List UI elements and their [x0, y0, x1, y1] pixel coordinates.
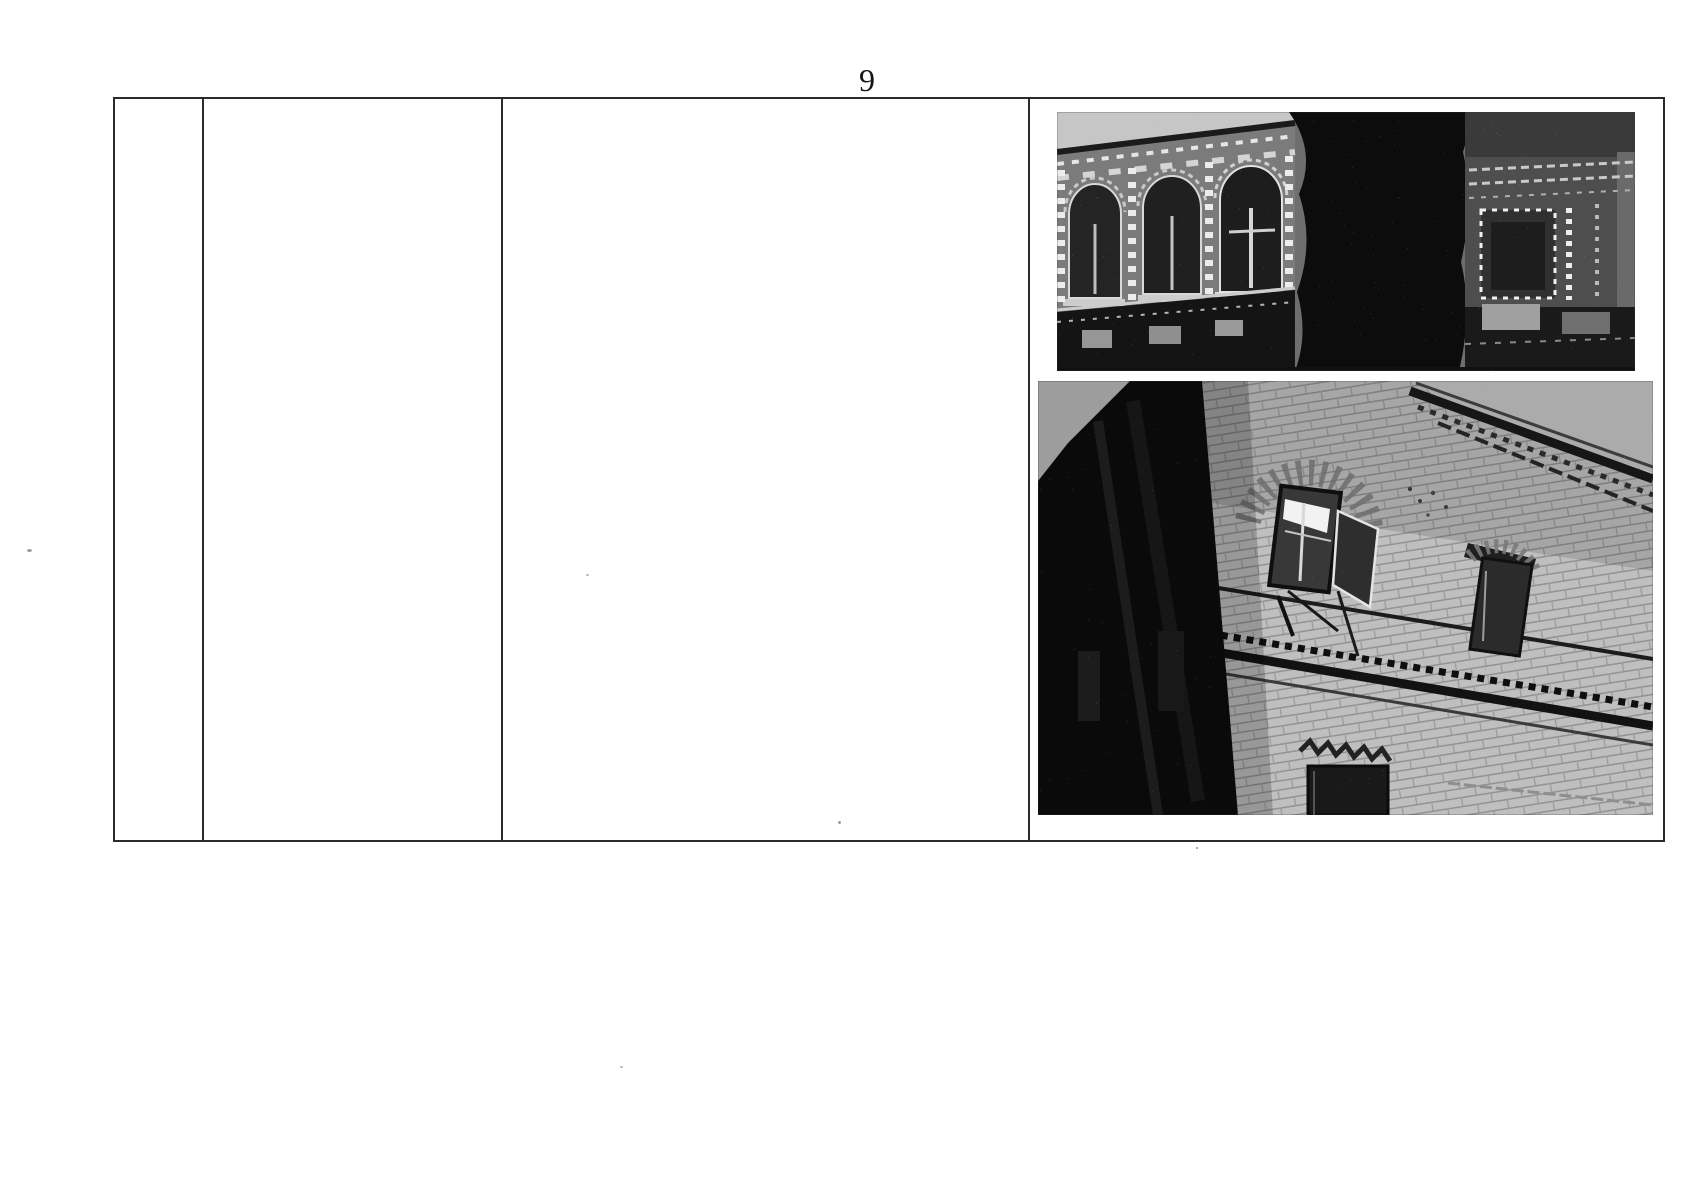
scan-speck — [620, 1066, 623, 1068]
document-table — [113, 97, 1665, 842]
building-facade-photo — [1057, 112, 1635, 371]
scan-speck — [27, 549, 32, 552]
table-cell-2 — [204, 99, 501, 840]
table-cell-1 — [115, 99, 202, 840]
table-cell-3 — [503, 99, 1028, 840]
building-corner-photo — [1038, 381, 1653, 815]
scan-speck — [838, 821, 841, 824]
column-divider-1 — [202, 99, 204, 840]
column-divider-3 — [1028, 99, 1030, 840]
scan-speck — [586, 574, 589, 576]
document-page: 9 — [0, 0, 1697, 1200]
column-divider-2 — [501, 99, 503, 840]
page-number: 9 — [817, 64, 917, 96]
scan-speck — [1196, 847, 1198, 849]
